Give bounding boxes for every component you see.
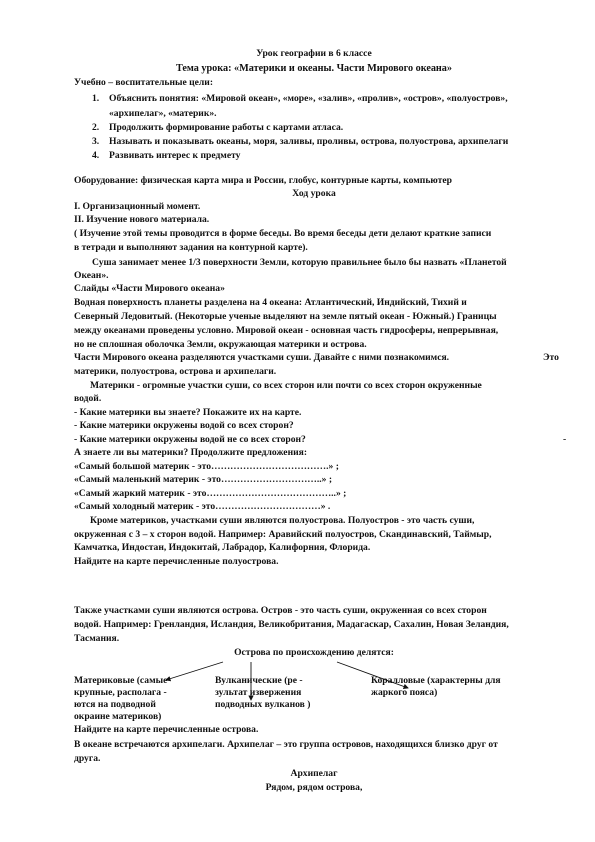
poem-title: Архипелаг [74,768,554,779]
body-text: друга. [74,753,100,764]
box-line: жаркого пояса) [371,687,437,698]
box-line: Материковые (самые [74,675,167,686]
box-line: подводных вулканов ) [215,699,310,710]
box-line: Вулканические (ре - [215,675,303,686]
definition-text: В океане встречаются архипелаги. [74,739,227,750]
body-text: Найдите на карте перечисленные острова. [74,724,258,735]
box-line: крупные, располага - [74,687,167,698]
box-line: окраине материков) [74,711,161,722]
box-line: ются на подводной [74,699,156,710]
definition-text: – это группа островов, находящихся близк… [274,739,498,750]
poem-line: Рядом, рядом острова, [74,782,554,793]
term-archipelago: Архипелаг [227,739,274,750]
box-line: Коралловые (характерны для [371,675,501,686]
box-line: зультат извержения [215,687,301,698]
document-page: Урок географии в 6 классе Тема урока: «М… [0,0,595,842]
archipelago-definition: В океане встречаются архипелаги. Архипел… [74,739,498,750]
